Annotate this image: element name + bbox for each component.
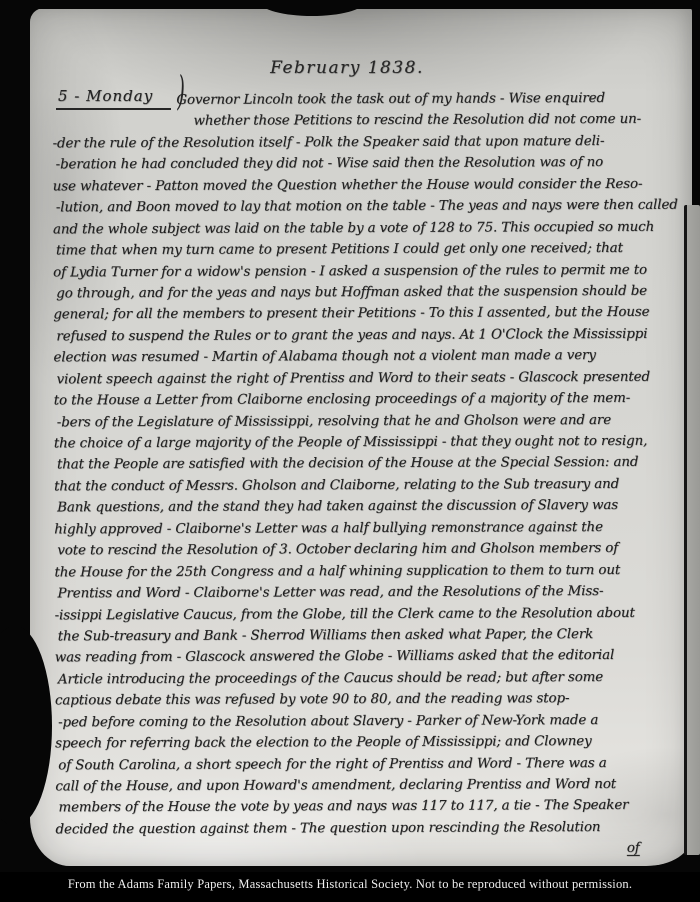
- manuscript-line: that the People are satisfied with the d…: [57, 452, 694, 476]
- manuscript-line: of South Carolina, a short speech for th…: [58, 752, 695, 776]
- manuscript-line: was reading from - Glascock answered the…: [55, 645, 695, 669]
- manuscript-line: the Sub-treasury and Bank - Sherrod Will…: [58, 624, 695, 648]
- manuscript-line: -bers of the Legislature of Mississippi,…: [57, 409, 694, 433]
- manuscript-line: Governor Lincoln took the task out of my…: [52, 88, 692, 112]
- manuscript-line: members of the House the vote by yeas an…: [58, 795, 695, 819]
- manuscript-line: the House for the 25th Congress and a ha…: [54, 559, 694, 583]
- manuscript-body: Governor Lincoln took the task out of my…: [52, 88, 695, 863]
- manuscript-line: -issippi Legislative Caucus, from the Gl…: [55, 602, 695, 626]
- manuscript-line: to the House a Letter from Claiborne enc…: [54, 388, 694, 412]
- photo-frame: February 1838. 5 - Monday) Governor Linc…: [0, 0, 700, 902]
- manuscript-line: use whatever - Patton moved the Question…: [53, 173, 693, 197]
- page-header-date: February 1838.: [16, 58, 678, 78]
- manuscript-line: vote to rescind the Resolution of 3. Oct…: [57, 538, 694, 562]
- manuscript-line: whether those Petitions to rescind the R…: [55, 109, 692, 133]
- manuscript-line: general; for all the members to present …: [53, 302, 693, 326]
- manuscript-line: Bank questions, and the stand they had t…: [57, 495, 694, 519]
- manuscript-line: call of the House, and upon Howard's ame…: [55, 774, 695, 798]
- manuscript-line: speech for referring back the election t…: [55, 731, 695, 755]
- manuscript-page: February 1838. 5 - Monday) Governor Linc…: [30, 8, 692, 866]
- manuscript-line: -ped before coming to the Resolution abo…: [58, 709, 695, 733]
- manuscript-line: refused to suspend the Rules or to grant…: [56, 323, 693, 347]
- manuscript-line: highly approved - Claiborne's Letter was…: [54, 516, 694, 540]
- manuscript-line: and the whole subject was laid on the ta…: [53, 216, 693, 240]
- manuscript-line: violent speech against the right of Pren…: [57, 366, 694, 390]
- manuscript-line: decided the question against them - The …: [55, 816, 695, 840]
- page-edge-shadow: [684, 205, 700, 855]
- caption-text: From the Adams Family Papers, Massachuse…: [68, 877, 632, 892]
- manuscript-line: Article introducing the proceedings of t…: [58, 666, 695, 690]
- manuscript-line: Prentiss and Word - Claiborne's Letter w…: [57, 581, 694, 605]
- manuscript-line: of: [59, 838, 696, 862]
- caption-bar: From the Adams Family Papers, Massachuse…: [0, 872, 700, 902]
- manuscript-line: that the conduct of Messrs. Gholson and …: [54, 473, 694, 497]
- manuscript-line: -lution, and Boon moved to lay that moti…: [56, 195, 693, 219]
- manuscript-line: -beration he had concluded they did not …: [56, 152, 693, 176]
- manuscript-line: time that when my turn came to present P…: [56, 238, 693, 262]
- manuscript-line: captious debate this was refused by vote…: [55, 688, 695, 712]
- manuscript-line: of Lydia Turner for a widow's pension - …: [53, 259, 693, 283]
- manuscript-line: the choice of a large majority of the Pe…: [54, 431, 694, 455]
- manuscript-line: go through, and for the yeas and nays bu…: [56, 281, 693, 305]
- manuscript-line: -der the rule of the Resolution itself -…: [53, 130, 693, 154]
- manuscript-line: election was resumed - Martin of Alabama…: [53, 345, 693, 369]
